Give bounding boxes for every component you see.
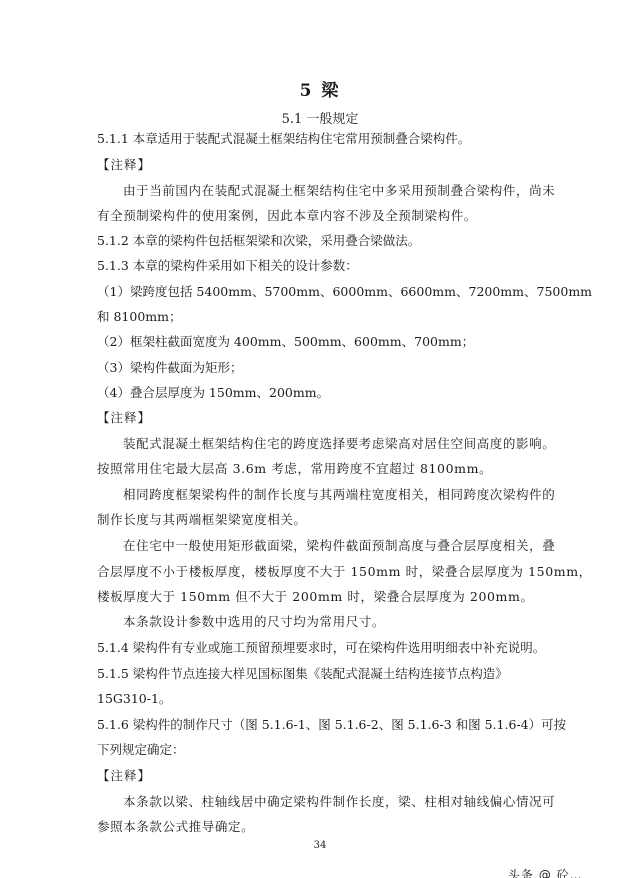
note-text: 合层厚度不小于楼板厚度，楼板厚度不大于 150mm 时，梁叠合层厚度为 150m… [97, 563, 592, 581]
clause-5-1-6-cont: 下列规定确定： [97, 741, 185, 759]
note-text: 楼板厚度大于 150mm 但不大于 200mm 时，梁叠合层厚度为 200mm。 [97, 588, 534, 606]
list-item-3: （3）梁构件截面为矩形； [97, 359, 242, 377]
clause-5-1-3: 5.1.3 本章的梁构件采用如下相关的设计参数： [97, 257, 358, 275]
list-item-2: （2）框架柱截面宽度为 400mm、500mm、600mm、700mm； [97, 333, 474, 351]
clause-5-1-1: 5.1.1 本章适用于装配式混凝土框架结构住宅常用预制叠合梁构件。 [97, 130, 470, 148]
note-text: 有全预制梁构件的使用案例，因此本章内容不涉及全预制梁构件。 [97, 207, 477, 225]
clause-5-1-6: 5.1.6 梁构件的制作尺寸（图 5.1.6-1、图 5.1.6-2、图 5.1… [97, 716, 566, 734]
note-heading: 【注释】 [97, 409, 151, 427]
note-text: 相同跨度框架梁构件的制作长度与其两端柱宽度相关，相同跨度次梁构件的 [123, 486, 555, 504]
note-text: 本条款设计参数中选用的尺寸均为常用尺寸。 [123, 613, 385, 631]
note-text: 装配式混凝土框架结构住宅的跨度选择要考虑梁高对居住空间高度的影响。 [123, 435, 555, 453]
note-text: 按照常用住宅最大层高 3.6m 考虑，常用跨度不宜超过 8100mm。 [97, 460, 492, 478]
note-text: 在住宅中一般使用矩形截面梁，梁构件截面预制高度与叠合层厚度相关，叠 [123, 537, 555, 555]
watermark: 头条 @ 砼… [508, 866, 583, 878]
note-text: 由于当前国内在装配式混凝土框架结构住宅中多采用预制叠合梁构件，尚未 [123, 182, 555, 200]
page-number: 34 [0, 840, 640, 851]
clause-5-1-5-cont: 15G310-1。 [97, 690, 171, 708]
document-page: 5 梁 5.1 一般规定 5.1.1 本章适用于装配式混凝土框架结构住宅常用预制… [0, 0, 640, 878]
list-item-1: （1）梁跨度包括 5400mm、5700mm、6000mm、6600mm、720… [97, 283, 592, 301]
note-text: 参照本条款公式推导确定。 [97, 818, 254, 836]
note-heading: 【注释】 [97, 156, 151, 174]
note-text: 制作长度与其两端框架梁宽度相关。 [97, 511, 307, 529]
list-item-1-cont: 和 8100mm； [97, 308, 182, 326]
note-heading: 【注释】 [97, 767, 151, 785]
note-text: 本条款以梁、柱轴线居中确定梁构件制作长度，梁、柱相对轴线偏心情况可 [123, 793, 555, 811]
clause-5-1-4: 5.1.4 梁构件有专业或施工预留预埋要求时，可在梁构件选用明细表中补充说明。 [97, 639, 545, 657]
clause-5-1-2: 5.1.2 本章的梁构件包括框架梁和次梁，采用叠合梁做法。 [97, 232, 420, 250]
chapter-title: 5 梁 [0, 76, 640, 101]
section-title: 5.1 一般规定 [0, 108, 640, 127]
list-item-4: （4）叠合层厚度为 150mm、200mm。 [97, 384, 329, 402]
clause-5-1-5: 5.1.5 梁构件节点连接大样见国标图集《装配式混凝土结构连接节点构造》 [97, 665, 508, 683]
